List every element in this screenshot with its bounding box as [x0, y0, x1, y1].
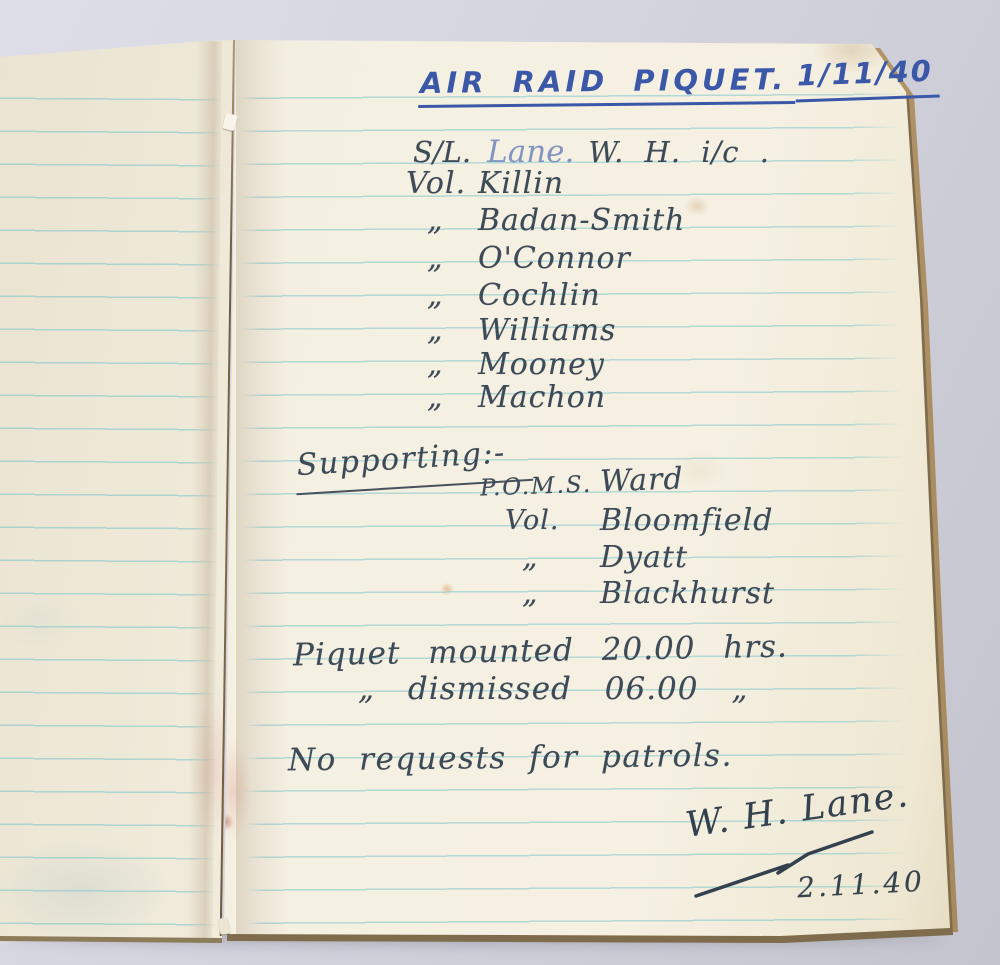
page-title: AIR RAID PIQUET.: [418, 62, 796, 108]
roster-name: Machon: [478, 380, 606, 415]
roster-row: „ Machon: [406, 380, 606, 415]
supporting-row: P.O.M.S. Ward: [479, 461, 684, 503]
roster-prefix: „: [406, 347, 478, 382]
supporting-prefix: P.O.M.S.: [479, 464, 600, 503]
gutter-shadow: [236, 40, 290, 935]
photo-backdrop: AIR RAID PIQUET. 1/11/40 S/L.Lane.W. H. …: [0, 0, 1000, 965]
officer-details: W. H. i/c .: [588, 135, 770, 169]
supporting-prefix: Vol.: [480, 503, 600, 538]
roster-row: „ Cochlin: [406, 278, 601, 313]
supporting-prefix: „: [480, 540, 600, 575]
roster-prefix: Vol.: [406, 166, 478, 201]
roster-name: Cochlin: [478, 278, 601, 313]
supporting-row: „ Blackhurst: [480, 576, 775, 611]
roster-prefix: „: [406, 241, 478, 276]
roster-name: Badan-Smith: [478, 203, 685, 238]
officer-name: Lane.: [487, 134, 574, 170]
roster-row: „ Williams: [406, 313, 616, 348]
roster-prefix: „: [406, 380, 478, 415]
supporting-prefix: „: [480, 576, 600, 611]
piquet-dismissed-line: „ dismissed 06.00 „: [358, 671, 748, 707]
patrols-note: No requests for patrols.: [288, 738, 733, 779]
supporting-name: Bloomfield: [600, 503, 773, 538]
roster-prefix: „: [406, 313, 478, 348]
entry-date: 1/11/40: [794, 53, 940, 102]
supporting-row: „ Dyatt: [480, 540, 688, 575]
supporting-name: Ward: [599, 461, 684, 499]
roster-name: Killin: [478, 166, 564, 201]
supporting-name: Blackhurst: [600, 576, 775, 611]
supporting-row: Vol. Bloomfield: [480, 503, 773, 538]
roster-row: „ Badan-Smith: [406, 203, 685, 238]
roster-row: „ O'Connor: [406, 241, 631, 276]
officer-rank: S/L.: [413, 135, 471, 169]
roster-prefix: „: [406, 278, 478, 313]
roster-name: Mooney: [478, 347, 605, 382]
roster-name: O'Connor: [478, 241, 631, 276]
officer-line: S/L.Lane.W. H. i/c .: [413, 134, 770, 170]
signature-date: 2.11.40: [796, 865, 925, 905]
supporting-name: Dyatt: [600, 540, 688, 575]
roster-prefix: „: [406, 203, 478, 238]
roster-name: Williams: [478, 313, 616, 348]
roster-row: Vol. Killin: [406, 166, 564, 201]
roster-row: „ Mooney: [406, 347, 605, 382]
